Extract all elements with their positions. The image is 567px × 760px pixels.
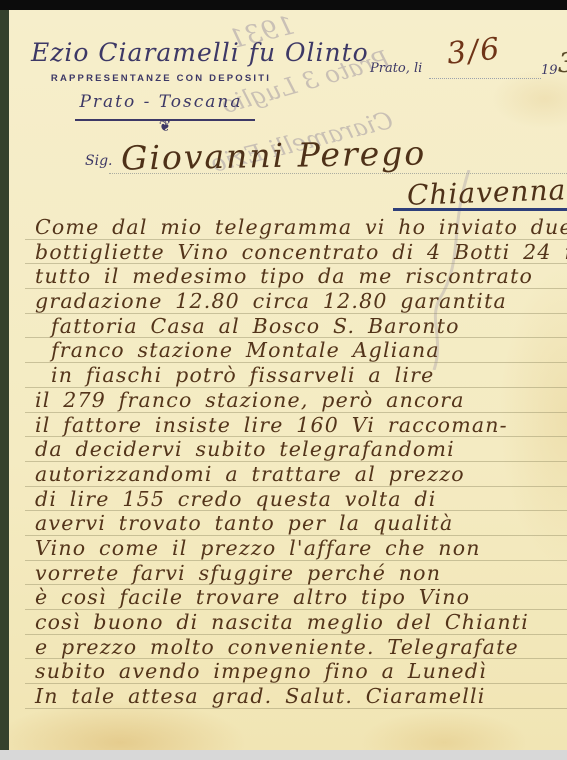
- handwriting-closing-signature: In tale attesa grad. Salut. Ciaramelli: [25, 684, 567, 709]
- handwriting-line: bottigliette Vino concentrato di 4 Botti…: [25, 240, 567, 265]
- handwriting-line: subito avendo impegno fino a Lunedì: [25, 659, 567, 684]
- handwriting-line: e prezzo molto conveniente. Telegrafate: [25, 635, 567, 660]
- handwriting-line: avervi trovato tanto per la qualità: [25, 511, 567, 536]
- scan-top-edge: [0, 0, 567, 10]
- handwriting-line: fattoria Casa al Bosco S. Baronto: [25, 314, 567, 339]
- handwriting-line: il 279 franco stazione, però ancora: [25, 388, 567, 413]
- scan-bottom-edge: [0, 750, 567, 760]
- handwriting-line: Vino come il prezzo l'affare che non: [25, 536, 567, 561]
- handwriting-line: Come dal mio telegramma vi ho inviato du…: [25, 215, 567, 240]
- handwriting-line: il fattore insiste lire 160 Vi raccoman-: [25, 413, 567, 438]
- dateline-place-label: Prato, li: [370, 61, 422, 76]
- dateline-year-prefix: 19: [541, 63, 558, 78]
- handwriting-line: franco stazione Montale Agliana: [25, 338, 567, 363]
- handwritten-day-month: 3/6: [445, 31, 503, 71]
- ornament-icon: ❦: [75, 116, 255, 136]
- recipient-city-underline: [393, 208, 567, 211]
- recipient-city: Chiavenna: [406, 173, 566, 212]
- handwriting-line: di lire 155 credo questa volta di: [25, 487, 567, 512]
- handwritten-year: 31: [558, 48, 567, 79]
- letter-paper: 1931 Prato 3 Luglio Ciaramelli Ezio Ezio…: [9, 10, 567, 750]
- letterhead-subtitle: RAPPRESENTANZE CON DEPOSITI: [31, 73, 291, 84]
- handwriting-line: da decidervi subito telegrafandomi: [25, 437, 567, 462]
- scanned-letter: 1931 Prato 3 Luglio Ciaramelli Ezio Ezio…: [0, 0, 567, 760]
- handwriting-line: in fiaschi potrò fissarveli a lire: [25, 363, 567, 388]
- scan-left-edge: [0, 10, 9, 750]
- recipient-name: Giovanni Perego: [121, 133, 427, 177]
- letter-body: Come dal mio telegramma vi ho inviato du…: [25, 215, 567, 709]
- handwriting-line: tutto il medesimo tipo da me riscontrato: [25, 264, 567, 289]
- handwriting-line: così buono di nascita meglio del Chianti: [25, 610, 567, 635]
- letterhead-company-name: Ezio Ciaramelli fu Olinto: [31, 38, 291, 67]
- handwriting-line: autorizzandomi a trattare al prezzo: [25, 462, 567, 487]
- handwriting-line: gradazione 12.80 circa 12.80 garantita: [25, 289, 567, 314]
- letterhead-location: Prato - Toscana: [31, 92, 291, 112]
- handwriting-line: vorrete farvi sfuggire perché non: [25, 561, 567, 586]
- handwriting-line: è così facile trovare altro tipo Vino: [25, 585, 567, 610]
